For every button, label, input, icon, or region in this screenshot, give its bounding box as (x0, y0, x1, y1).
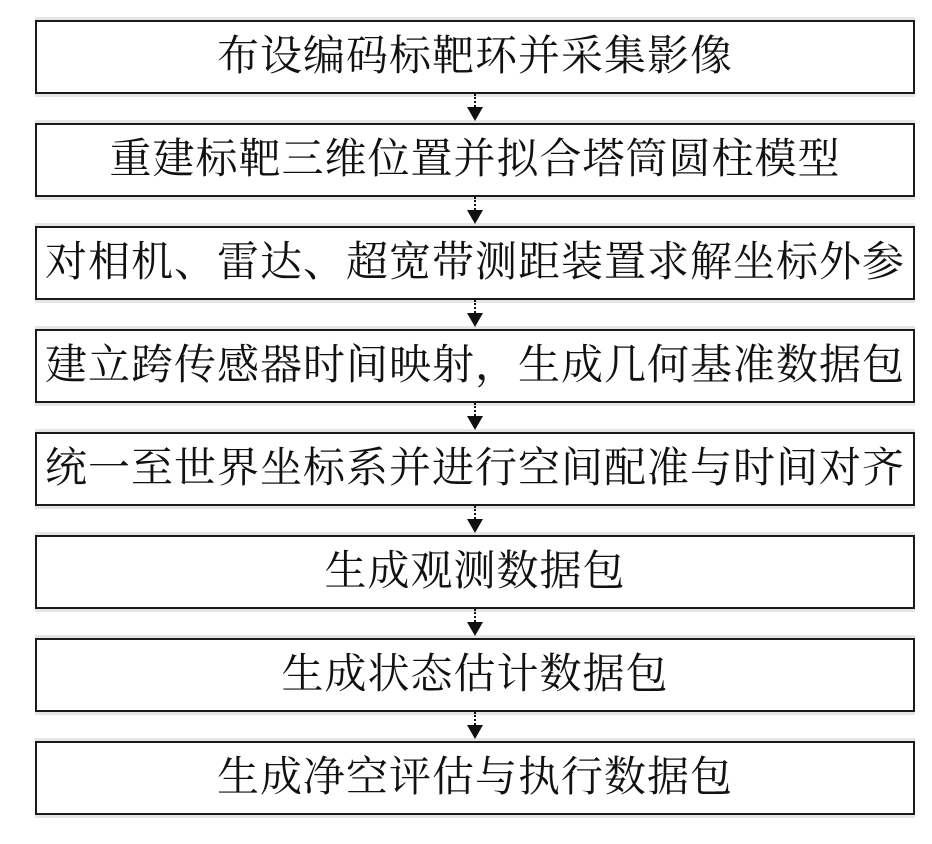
flow-step-1-label: 布设编码标靶环并采集影像 (217, 36, 733, 78)
arrow-stem (474, 197, 476, 210)
flow-step-7: 生成状态估计数据包 (35, 638, 915, 712)
flow-step-4: 建立跨传感器时间映射，生成几何基准数据包 (35, 329, 915, 403)
arrow-head (467, 416, 483, 430)
flow-step-4-label: 建立跨传感器时间映射，生成几何基准数据包 (45, 345, 905, 387)
flowchart-figure: 布设编码标靶环并采集影像 重建标靶三维位置并拟合塔筒圆柱模型 对相机、雷达、超宽… (0, 0, 932, 844)
down-arrow-icon (465, 403, 485, 432)
down-arrow-icon (465, 94, 485, 123)
arrow-head (467, 313, 483, 327)
flow-step-8-label: 生成净空评估与执行数据包 (217, 757, 733, 799)
arrow-stem (474, 94, 476, 107)
down-arrow-icon (465, 300, 485, 329)
flow-step-5: 统一至世界坐标系并进行空间配准与时间对齐 (35, 432, 915, 506)
flow-step-6: 生成观测数据包 (35, 535, 915, 609)
flow-step-2-label: 重建标靶三维位置并拟合塔筒圆柱模型 (109, 139, 840, 181)
down-arrow-icon (465, 609, 485, 638)
flow-step-1: 布设编码标靶环并采集影像 (35, 20, 915, 94)
arrow-stem (474, 300, 476, 313)
flow-step-7-label: 生成状态估计数据包 (281, 654, 668, 696)
flow-step-3: 对相机、雷达、超宽带测距装置求解坐标外参 (35, 226, 915, 300)
down-arrow-icon (465, 712, 485, 741)
flow-column: 布设编码标靶环并采集影像 重建标靶三维位置并拟合塔筒圆柱模型 对相机、雷达、超宽… (35, 20, 915, 815)
arrow-head (467, 519, 483, 533)
flow-step-5-label: 统一至世界坐标系并进行空间配准与时间对齐 (45, 448, 905, 490)
arrow-stem (474, 506, 476, 519)
flow-step-8: 生成净空评估与执行数据包 (35, 741, 915, 815)
arrow-stem (474, 609, 476, 622)
down-arrow-icon (465, 506, 485, 535)
down-arrow-icon (465, 197, 485, 226)
arrow-head (467, 725, 483, 739)
arrow-stem (474, 403, 476, 416)
arrow-head (467, 210, 483, 224)
flow-step-3-label: 对相机、雷达、超宽带测距装置求解坐标外参 (45, 242, 905, 284)
flow-step-2: 重建标靶三维位置并拟合塔筒圆柱模型 (35, 123, 915, 197)
arrow-head (467, 107, 483, 121)
arrow-head (467, 622, 483, 636)
flow-step-6-label: 生成观测数据包 (324, 551, 625, 593)
arrow-stem (474, 712, 476, 725)
